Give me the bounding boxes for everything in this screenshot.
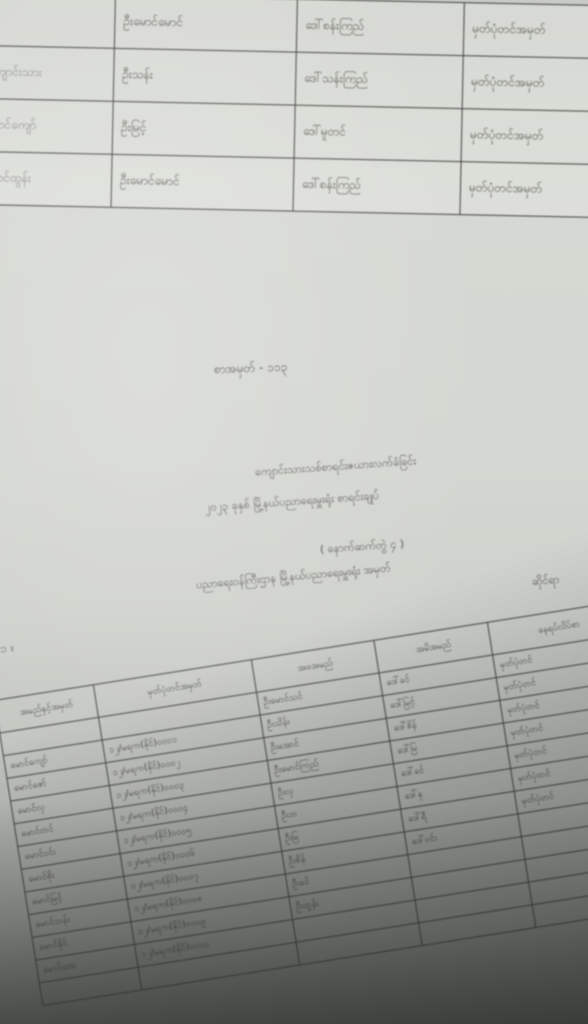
heading-line-1: ကျောင်းသားသစ်စာရင်းဇယားလက်ခံခြင်း (255, 454, 417, 481)
table-cell: မှတ်ပုံတင်အမှတ် (463, 3, 588, 59)
heading-line-3: ( နောက်ဆက်တွဲ ၄ ) (320, 537, 405, 559)
table-cell: မောင်ထွန်း (0, 151, 112, 207)
table-cell: ဦးသန်း (113, 48, 296, 105)
table-cell: ဒေါ်သန်းကြည် (295, 52, 463, 108)
table-cell: ဒေါ်စန်းကြည် (293, 158, 461, 214)
table-cell: ဦးမောင်မောင် (114, 0, 297, 52)
reference-number: စာအမှတ် - ၁၁၃ (214, 359, 288, 380)
heading-line-4: ပညာရေးဝန်ကြီးဌာန မြို့နယ်ပညာရေးမှူးရုံး … (196, 562, 392, 595)
table-cell: ကျောင်းသား (0, 45, 114, 101)
document-photo: ဦးမောင်မောင်ဒေါ်စန်းကြည်မှတ်ပုံတင်အမှတ်က… (0, 0, 588, 1024)
heading-line-5: ဆိုင်ရာ (531, 573, 560, 591)
table-cell: ဦးမြင့် (112, 101, 295, 158)
table-cell (0, 0, 115, 48)
side-mark: ၁ ။ (0, 639, 15, 658)
table-cell: မှတ်ပုံတင်အမှတ် (460, 162, 588, 218)
top-table: ဦးမောင်မောင်ဒေါ်စန်းကြည်မှတ်ပုံတင်အမှတ်က… (0, 0, 588, 218)
table-cell: မှတ်ပုံတင်အမှတ် (461, 109, 588, 165)
table-cell: ဒေါ်မူတင် (294, 105, 462, 161)
table-cell: မောင်ကျော် (0, 98, 113, 154)
bottom-table: အမည်နှင့်အမှတ်မှတ်ပုံတင်အမှတ်အဖအမည်အမိအမ… (0, 600, 588, 1006)
table-cell: ဦးမောင်မောင် (111, 154, 294, 211)
heading-line-2: ၂၀၂၃ ခုနှစ် မြို့နယ်ပညာရေးမှူးရုံး စာရင်… (205, 489, 380, 517)
table-cell: ဒေါ်စန်းကြည် (296, 0, 464, 56)
table-cell: မှတ်ပုံတင်အမှတ် (462, 56, 588, 112)
